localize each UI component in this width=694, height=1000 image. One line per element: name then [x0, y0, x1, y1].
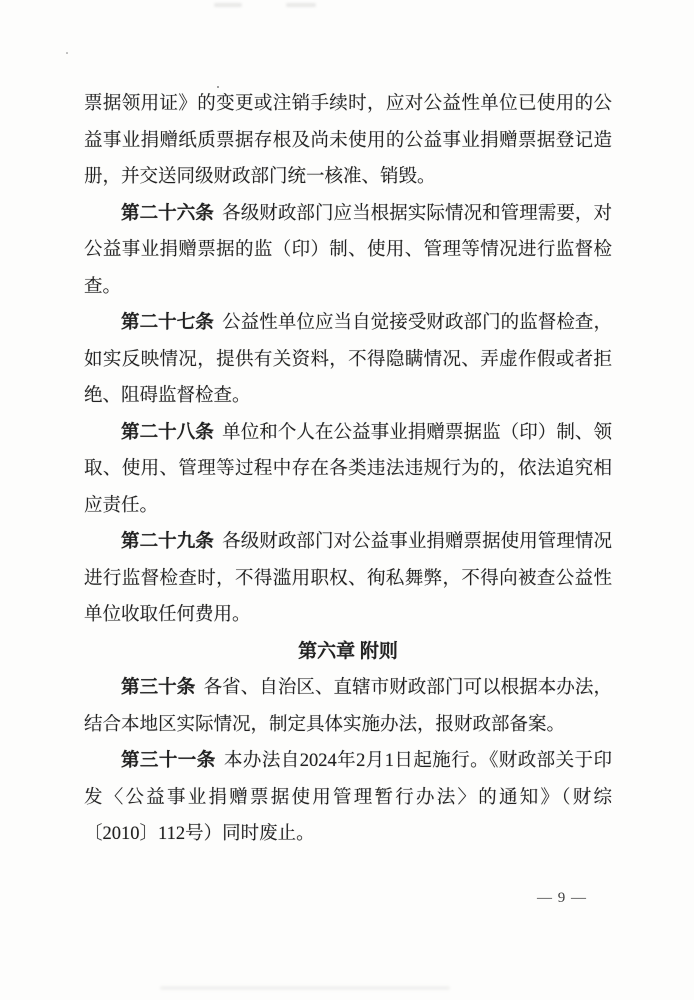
article-number-label: 第三十条: [121, 678, 195, 698]
article-number-label: 第二十九条: [121, 532, 214, 552]
article-number-label: 第二十六条: [121, 204, 214, 224]
document-body: 票据领用证》的变更或注销手续时，应对公益性单位已使用的公益事业捐赠纸质票据存根及…: [84, 86, 612, 853]
scan-smudge: [286, 3, 316, 7]
paragraph-continuation: 票据领用证》的变更或注销手续时，应对公益性单位已使用的公益事业捐赠纸质票据存根及…: [84, 86, 612, 196]
paragraph-article-28: 第二十八条单位和个人在公益事业捐赠票据监（印）制、领取、使用、管理等过程中存在各…: [84, 415, 612, 525]
article-number-label: 第二十七条: [121, 313, 214, 333]
paragraph-text: 票据领用证》的变更或注销手续时，应对公益性单位已使用的公益事业捐赠纸质票据存根及…: [84, 94, 612, 187]
chapter-heading: 第六章 附则: [84, 634, 612, 671]
paragraph-article-26: 第二十六条各级财政部门应当根据实际情况和管理需要，对公益事业捐赠票据的监（印）制…: [84, 196, 612, 306]
scan-smudge: [160, 986, 450, 990]
article-number-label: 第三十一条: [121, 751, 216, 771]
scan-speck: [66, 52, 68, 54]
paragraph-article-31: 第三十一条本办法自2024年2月1日起施行。《财政部关于印发〈公益事业捐赠票据使…: [84, 743, 612, 853]
paragraph-article-27: 第二十七条公益性单位应当自觉接受财政部门的监督检查，如实反映情况，提供有关资料，…: [84, 305, 612, 415]
page-number: — 9 —: [500, 890, 624, 907]
document-page: 票据领用证》的变更或注销手续时，应对公益性单位已使用的公益事业捐赠纸质票据存根及…: [0, 0, 694, 1000]
paragraph-article-30: 第三十条各省、自治区、直辖市财政部门可以根据本办法，结合本地区实际情况，制定具体…: [84, 670, 612, 743]
scan-smudge: [214, 3, 242, 7]
article-number-label: 第二十八条: [121, 423, 214, 443]
paragraph-article-29: 第二十九条各级财政部门对公益事业捐赠票据使用管理情况进行监督检查时，不得滥用职权…: [84, 524, 612, 634]
